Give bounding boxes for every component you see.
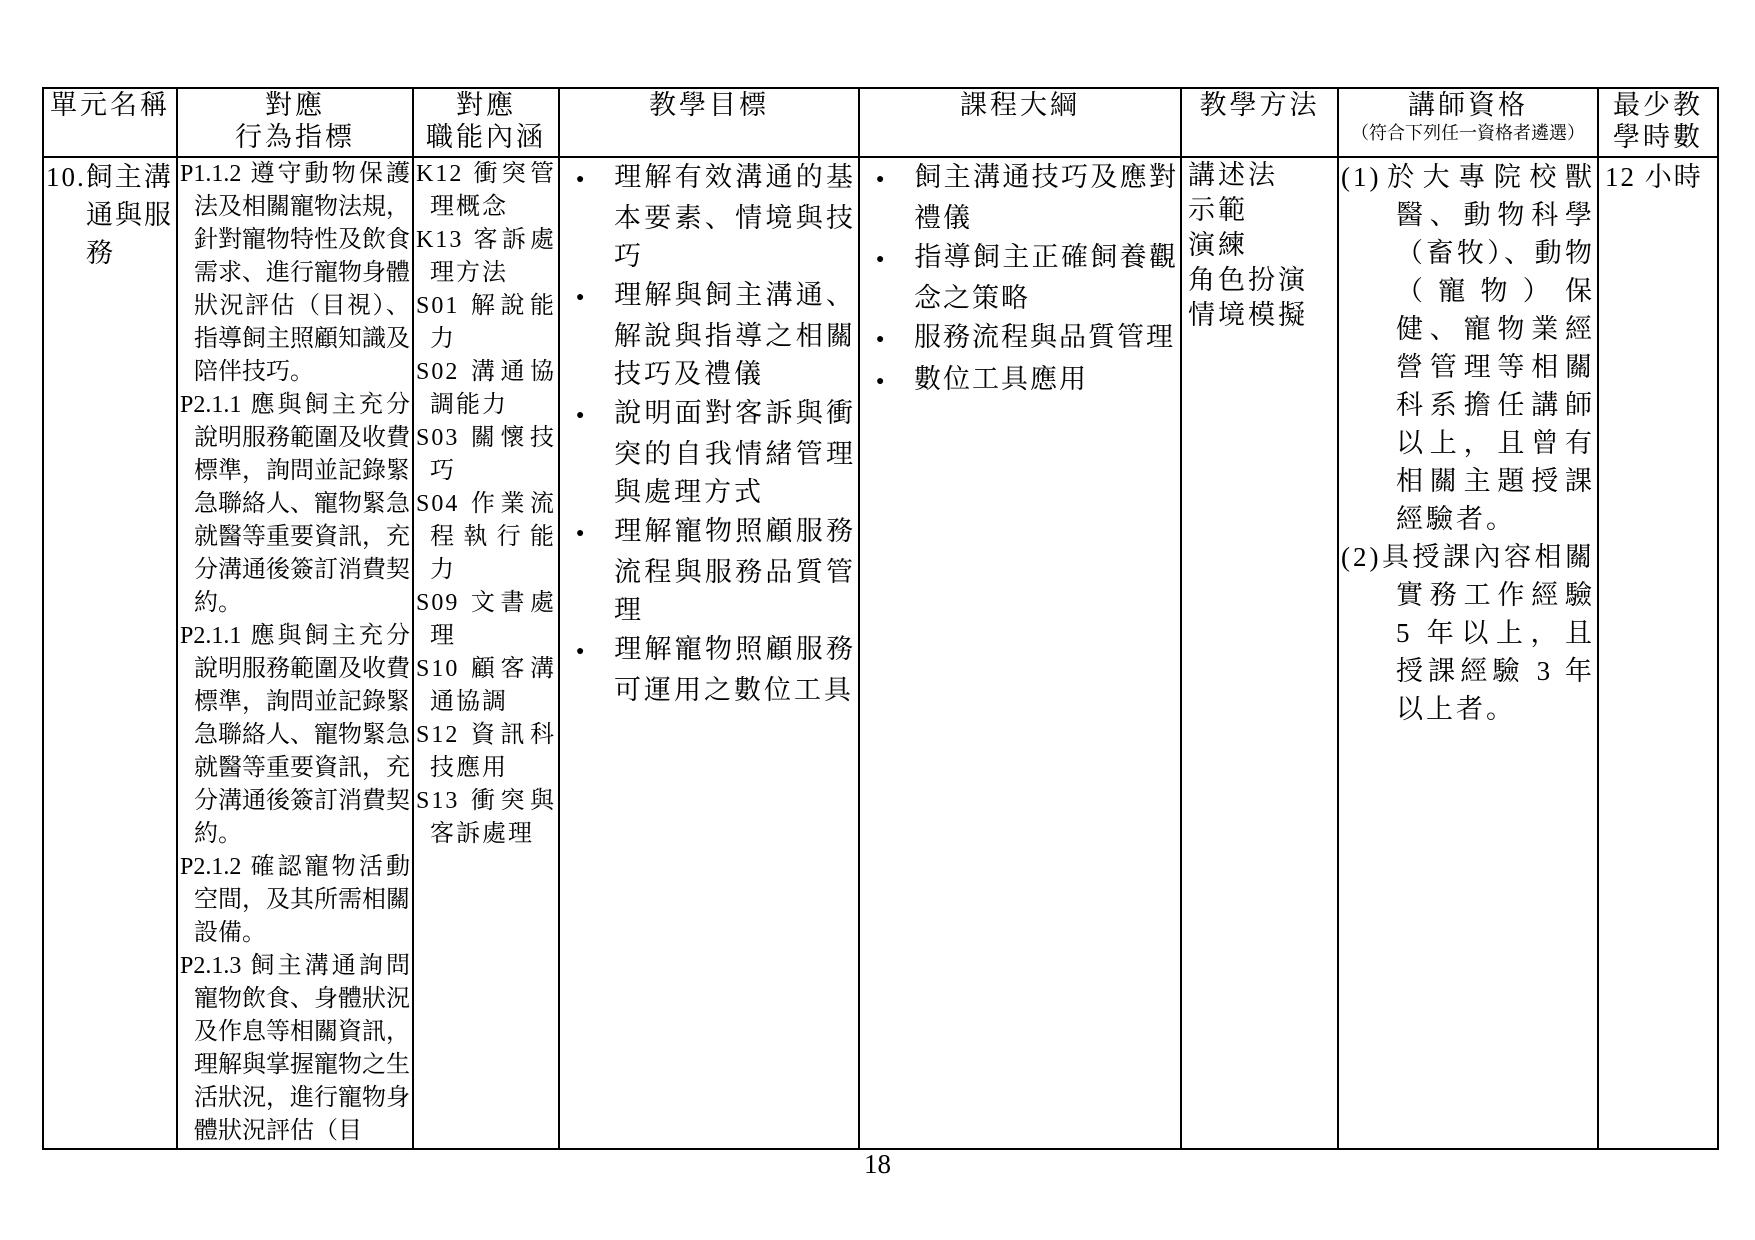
- competency-item: K13 客訴處理方法: [416, 224, 556, 290]
- header-label: 教學方法: [1184, 89, 1335, 121]
- header-label-line1: 對應: [180, 89, 410, 121]
- col-header-outline: 課程大綱: [859, 88, 1181, 157]
- header-label-line1: 最少教: [1601, 89, 1715, 121]
- competency-item: S13 衝突與客訴處理: [416, 785, 556, 851]
- competency-item: S03 關懷技巧: [416, 422, 556, 488]
- competency-item: S01 解說能力: [416, 290, 556, 356]
- objective-item: 理解有效溝通的基本要素、情境與技巧: [562, 158, 856, 275]
- objective-item: 說明面對客訴與衝突的自我情緒管理與處理方式: [562, 394, 856, 511]
- behavior-indicator-item: P2.1.1 應與飼主充分說明服務範圍及收費標準，詢問並記錄緊急聯絡人、寵物緊急…: [180, 389, 410, 620]
- col-header-competency: 對應 職能內涵: [413, 88, 559, 157]
- page-number: 18: [0, 1148, 1755, 1180]
- competency-item: S02 溝通協調能力: [416, 356, 556, 422]
- competency-item: K12 衝突管理概念: [416, 158, 556, 224]
- method-item: 角色扮演: [1188, 263, 1335, 298]
- min-hours-text: 12 小時: [1605, 158, 1715, 196]
- competency-item: S10 顧客溝通協調: [416, 653, 556, 719]
- method-item: 情境模擬: [1188, 298, 1335, 333]
- header-label: 教學目標: [562, 89, 856, 121]
- cell-teaching-methods: 講述法 示範 演練 角色扮演 情境模擬: [1181, 157, 1338, 1149]
- behavior-indicator-item: P2.1.3 飼主溝通詢問寵物飲食、身體狀況及作息等相關資訊，理解與掌握寵物之生…: [180, 950, 410, 1148]
- cell-unit-name: 10.飼主溝通與服務: [43, 157, 177, 1149]
- header-label: 課程大綱: [862, 89, 1178, 121]
- qualification-item: (2)具授課內容相關實務工作經驗 5 年以上，且授課經驗 3 年以上者。: [1341, 538, 1595, 728]
- cell-instructor-qualifications: (1)於大專院校獸醫、動物科學（畜牧）、動物（寵物）保健、寵物業經營管理等相關科…: [1338, 157, 1598, 1149]
- behavior-indicator-item: P2.1.1 應與飼主充分說明服務範圍及收費標準，詢問並記錄緊急聯絡人、寵物緊急…: [180, 620, 410, 851]
- header-label-line1: 對應: [416, 89, 556, 121]
- cell-teaching-objectives: 理解有效溝通的基本要素、情境與技巧 理解與飼主溝通、解說與指導之相關技巧及禮儀 …: [559, 157, 859, 1149]
- outline-item: 數位工具應用: [862, 360, 1178, 401]
- col-header-objectives: 教學目標: [559, 88, 859, 157]
- header-label-line2: 行為指標: [180, 121, 410, 153]
- cell-behavior-indicators: P1.1.2 遵守動物保護法及相關寵物法規，針對寵物特性及飲食需求、進行寵物身體…: [177, 157, 413, 1149]
- header-label: 講師資格: [1341, 89, 1595, 121]
- header-label: 單元名稱: [46, 89, 174, 121]
- outline-item: 服務流程與品質管理: [862, 318, 1178, 359]
- behavior-indicator-item: P1.1.2 遵守動物保護法及相關寵物法規，針對寵物特性及飲食需求、進行寵物身體…: [180, 158, 410, 389]
- competency-item: S12 資訊科技應用: [416, 719, 556, 785]
- cell-competencies: K12 衝突管理概念 K13 客訴處理方法 S01 解說能力 S02 溝通協調能…: [413, 157, 559, 1149]
- header-label-line2: 學時數: [1601, 121, 1715, 153]
- qualification-item: (1)於大專院校獸醫、動物科學（畜牧）、動物（寵物）保健、寵物業經營管理等相關科…: [1341, 158, 1595, 538]
- document-page: 單元名稱 對應 行為指標 對應 職能內涵 教學目標 課程大綱 教學方法 講師資格…: [0, 0, 1755, 1240]
- col-header-min-hours: 最少教 學時數: [1598, 88, 1718, 157]
- unit-name-text: 10.飼主溝通與服務: [46, 158, 174, 272]
- outline-item: 指導飼主正確飼養觀念之策略: [862, 238, 1178, 317]
- competency-item: S04 作業流程執行能力: [416, 488, 556, 587]
- competency-item: S09 文書處理: [416, 587, 556, 653]
- method-item: 演練: [1188, 228, 1335, 263]
- col-header-instructor: 講師資格 （符合下列任一資格者遴選）: [1338, 88, 1598, 157]
- header-sub-note: （符合下列任一資格者遴選）: [1341, 121, 1595, 145]
- method-item: 講述法: [1188, 158, 1335, 193]
- behavior-indicator-item: P2.1.2 確認寵物活動空間，及其所需相關設備。: [180, 851, 410, 950]
- header-row: 單元名稱 對應 行為指標 對應 職能內涵 教學目標 課程大綱 教學方法 講師資格…: [43, 88, 1718, 157]
- method-item: 示範: [1188, 193, 1335, 228]
- outline-item: 飼主溝通技巧及應對禮儀: [862, 158, 1178, 237]
- objective-item: 理解寵物照顧服務可運用之數位工具: [562, 630, 856, 709]
- col-header-unit-name: 單元名稱: [43, 88, 177, 157]
- unit-row: 10.飼主溝通與服務 P1.1.2 遵守動物保護法及相關寵物法規，針對寵物特性及…: [43, 157, 1718, 1149]
- cell-course-outline: 飼主溝通技巧及應對禮儀 指導飼主正確飼養觀念之策略 服務流程與品質管理 數位工具…: [859, 157, 1181, 1149]
- objective-item: 理解與飼主溝通、解說與指導之相關技巧及禮儀: [562, 276, 856, 393]
- col-header-methods: 教學方法: [1181, 88, 1338, 157]
- col-header-behavior-indicators: 對應 行為指標: [177, 88, 413, 157]
- objective-item: 理解寵物照顧服務流程與服務品質管理: [562, 512, 856, 629]
- header-label-line2: 職能內涵: [416, 121, 556, 153]
- cell-min-hours: 12 小時: [1598, 157, 1718, 1149]
- curriculum-table: 單元名稱 對應 行為指標 對應 職能內涵 教學目標 課程大綱 教學方法 講師資格…: [42, 87, 1719, 1150]
